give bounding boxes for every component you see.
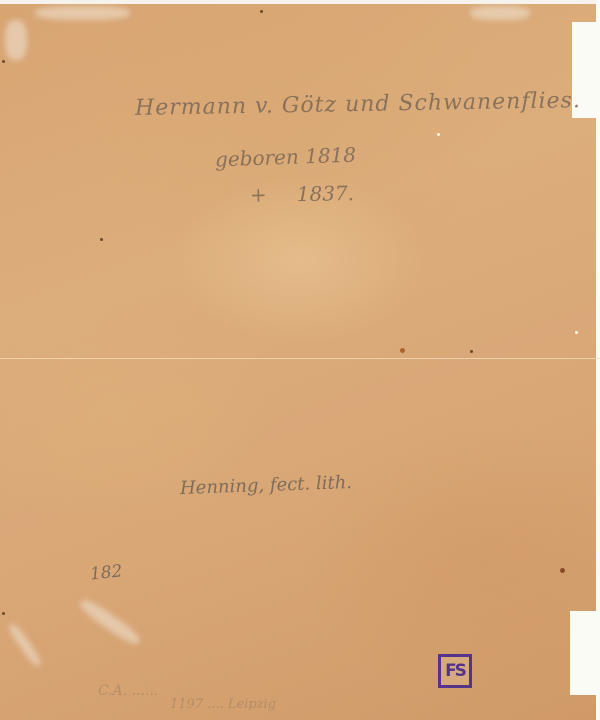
- spot: [560, 568, 565, 573]
- faint-inscription-2: 1197 .... Leipzig: [170, 697, 276, 712]
- spot: [100, 238, 103, 241]
- spot: [2, 612, 5, 615]
- inscription-born: geboren 1818: [215, 143, 357, 172]
- paper-top-edge: [0, 0, 600, 4]
- inscription-name: Hermann v. Götz und Schwanenflies.: [135, 88, 581, 121]
- spot: [260, 10, 263, 13]
- paper-sheet: Hermann v. Götz und Schwanenflies. gebor…: [0, 0, 600, 720]
- spot: [575, 331, 578, 334]
- spot: [400, 348, 405, 353]
- paper-cutout-bottom: [570, 611, 600, 695]
- scuff-mark: [470, 6, 530, 20]
- spot: [2, 60, 5, 63]
- inventory-number: 182: [89, 561, 123, 584]
- inscription-attribution: Henning, fect. lith.: [180, 472, 353, 499]
- scuff-mark: [35, 6, 130, 20]
- scuff-mark: [7, 622, 44, 669]
- collector-stamp-icon: FS: [438, 654, 472, 688]
- inscription-death: +1837.: [250, 181, 354, 207]
- fold-line: [0, 358, 600, 359]
- scuff-mark: [5, 20, 27, 60]
- death-year: 1837.: [297, 181, 355, 206]
- spot: [437, 133, 440, 136]
- death-cross-symbol: +: [250, 183, 267, 207]
- faint-inscription-1: C.A. ......: [98, 683, 158, 699]
- scuff-mark: [77, 596, 142, 648]
- spot: [470, 350, 473, 353]
